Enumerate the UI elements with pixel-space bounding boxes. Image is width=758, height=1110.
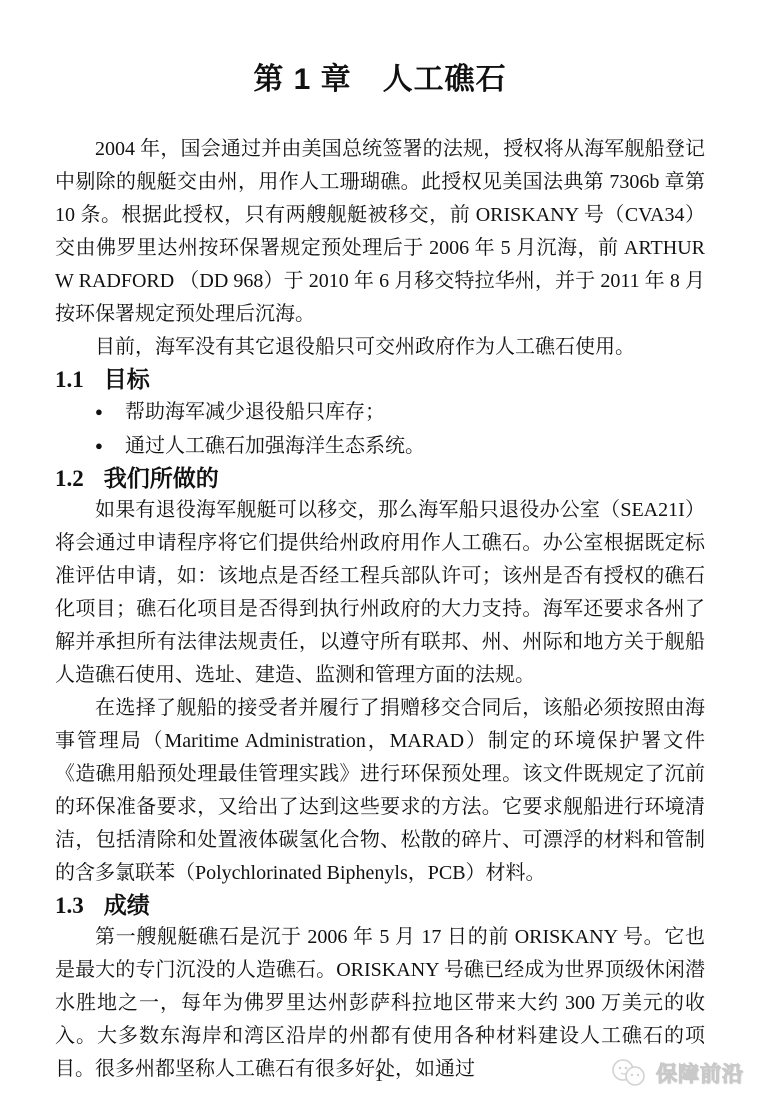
- section-number: 1.3: [55, 893, 84, 918]
- body-paragraph: 如果有退役海军舰艇可以移交，那么海军船只退役办公室（SEA21I）将会通过申请程…: [55, 494, 705, 692]
- bullet-icon: ●: [95, 395, 125, 429]
- section-heading-1-1: 1.1目标: [55, 364, 705, 395]
- bullet-icon: ●: [95, 429, 125, 463]
- list-item-text: 帮助海军减少退役船只库存；: [125, 401, 385, 423]
- list-item: ●帮助海军减少退役船只库存；: [95, 395, 705, 429]
- chapter-title: 第 1 章 人工礁石: [55, 60, 705, 99]
- watermark-text: 保障前沿: [656, 1058, 744, 1088]
- document-page: 第 1 章 人工礁石 2004 年，国会通过并由美国总统签署的法规，授权将从海军…: [0, 0, 758, 1110]
- section-title: 我们所做的: [104, 465, 219, 491]
- section-title: 目标: [104, 366, 150, 392]
- watermark: 保障前沿: [610, 1056, 744, 1090]
- section-heading-1-3: 1.3成绩: [55, 890, 705, 921]
- intro-paragraph-1: 2004 年，国会通过并由美国总统签署的法规，授权将从海军舰船登记中剔除的舰艇交…: [55, 133, 705, 331]
- goals-list: ●帮助海军减少退役船只库存； ●通过人工礁石加强海洋生态系统。: [55, 395, 705, 463]
- section-number: 1.2: [55, 466, 84, 491]
- list-item-text: 通过人工礁石加强海洋生态系统。: [125, 435, 425, 457]
- section-title: 成绩: [104, 892, 150, 918]
- body-paragraph: 第一艘舰艇礁石是沉于 2006 年 5 月 17 日的前 ORISKANY 号。…: [55, 921, 705, 1086]
- intro-paragraph-2: 目前，海军没有其它退役船只可交州政府作为人工礁石使用。: [55, 331, 705, 364]
- page-content: 第 1 章 人工礁石 2004 年，国会通过并由美国总统签署的法规，授权将从海军…: [0, 60, 758, 1086]
- list-item: ●通过人工礁石加强海洋生态系统。: [95, 429, 705, 463]
- section-heading-1-2: 1.2我们所做的: [55, 463, 705, 494]
- body-paragraph: 在选择了舰船的接受者并履行了捐赠移交合同后，该船必须按照由海事管理局（Marit…: [55, 692, 705, 890]
- watermark-logo-icon: [610, 1056, 650, 1090]
- section-number: 1.1: [55, 367, 84, 392]
